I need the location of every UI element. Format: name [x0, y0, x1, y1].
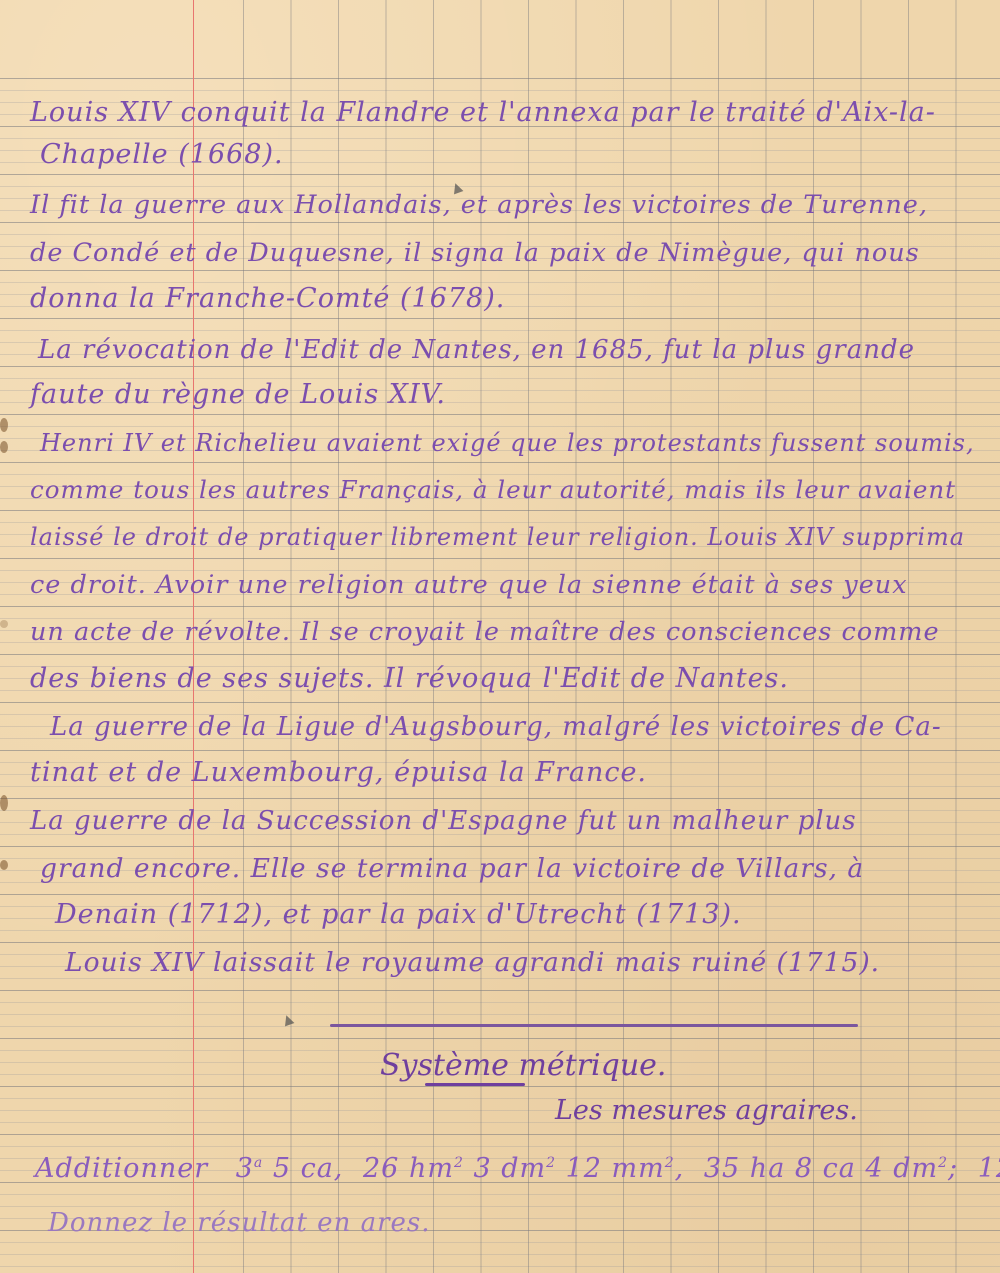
text-line: des biens de ses sujets. Il révoqua l'Ed…: [30, 664, 789, 694]
binding-stain: [0, 418, 8, 432]
section-divider: [330, 1024, 858, 1027]
measure-4: 125 dam2 28 m2 2 cm2: [978, 1153, 1000, 1184]
text-line: Il fit la guerre aux Hollandais, et aprè…: [30, 190, 928, 220]
text-line: Chapelle (1668).: [40, 140, 284, 170]
text-line: Louis XIV conquit la Flandre et l'annexa…: [30, 98, 936, 128]
text-line: Louis XIV laissait le royaume agrandi ma…: [65, 948, 880, 978]
measure-2: 26 hm2 3 dm2 12 mm2,: [363, 1153, 684, 1184]
text-line: grand encore. Elle se termina par la vic…: [40, 854, 864, 884]
binding-stain: [0, 441, 8, 453]
binding-stain: [0, 620, 8, 628]
exercise-statement: Additionner 3a 5 ca, 26 hm2 3 dm2 12 mm2…: [35, 1148, 1000, 1184]
exercise-instruction: Donnez le résultat en ares.: [48, 1208, 431, 1238]
measure-3: 35 ha 8 ca 4 dm2;: [704, 1153, 958, 1184]
measure-1: 3a 5 ca,: [236, 1153, 344, 1184]
exercise-verb: Additionner: [35, 1153, 208, 1184]
text-line: Denain (1712), et par la paix d'Utrecht …: [55, 900, 742, 930]
section-title: Système métrique.: [380, 1048, 666, 1083]
text-line: laissé le droit de pratiquer librement l…: [30, 522, 965, 552]
title-underline: [425, 1083, 525, 1086]
text-line: Henri IV et Richelieu avaient exigé que …: [40, 428, 975, 458]
text-line: un acte de révolte. Il se croyait le maî…: [30, 617, 940, 647]
binding-stain: [0, 860, 8, 870]
section-subtitle: Les mesures agraires.: [555, 1095, 858, 1126]
binding-stain: [0, 795, 8, 811]
notebook-page: Louis XIV conquit la Flandre et l'annexa…: [0, 0, 1000, 1273]
text-line: ce droit. Avoir une religion autre que l…: [30, 570, 908, 600]
text-line: comme tous les autres Français, à leur a…: [30, 475, 956, 505]
text-line: de Condé et de Duquesne, il signa la pai…: [30, 238, 920, 268]
text-line: La guerre de la Ligue d'Augsbourg, malgr…: [50, 712, 942, 742]
text-line: La guerre de la Succession d'Espagne fut…: [30, 806, 857, 836]
text-line: tinat et de Luxembourg, épuisa la France…: [30, 758, 647, 788]
text-line: La révocation de l'Edit de Nantes, en 16…: [38, 335, 915, 365]
text-line: donna la Franche-Comté (1678).: [30, 284, 505, 314]
text-line: faute du règne de Louis XIV.: [30, 380, 446, 410]
